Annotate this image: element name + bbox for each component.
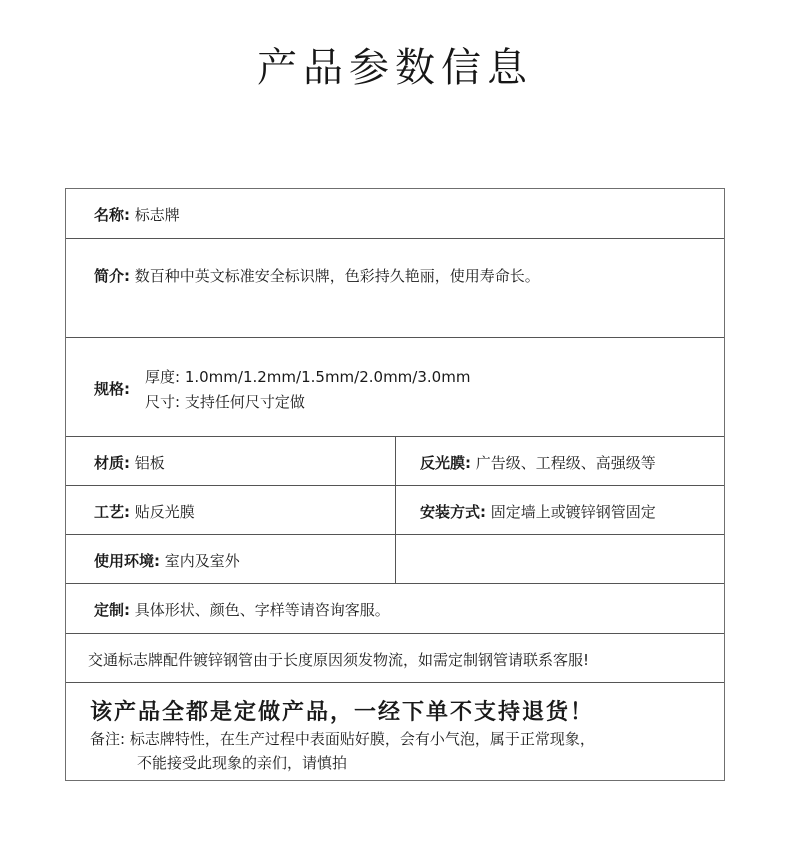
intro-value: 数百种中英文标准安全标识牌，色彩持久艳丽，使用寿命长。 — [135, 267, 540, 285]
install-label: 安装方式: — [420, 503, 486, 521]
name-value: 标志牌 — [135, 206, 180, 224]
install-value: 固定墙上或镀锌钢管固定 — [491, 503, 656, 521]
row-spec: 规格: 厚度: 1.0mm/1.2mm/1.5mm/2.0mm/3.0mm 尺寸… — [66, 338, 724, 437]
material-label: 材质: — [94, 454, 130, 472]
row-custom: 定制: 具体形状、颜色、字样等请咨询客服。 — [66, 584, 724, 634]
row-notice: 该产品全都是定做产品，一经下单不支持退货！ 备注: 标志牌特性，在生产过程中表面… — [66, 683, 724, 780]
row-shipping: 交通标志牌配件镀锌钢管由于长度原因须发物流，如需定制钢管请联系客服! — [66, 634, 724, 683]
spec-thickness: 厚度: 1.0mm/1.2mm/1.5mm/2.0mm/3.0mm — [145, 366, 470, 387]
row-intro: 简介: 数百种中英文标准安全标识牌，色彩持久艳丽，使用寿命长。 — [66, 239, 724, 338]
name-label: 名称: — [94, 206, 130, 224]
craft-label: 工艺: — [94, 503, 130, 521]
product-params-table: 名称: 标志牌 简介: 数百种中英文标准安全标识牌，色彩持久艳丽，使用寿命长。 … — [65, 188, 725, 781]
shipping-note: 交通标志牌配件镀锌钢管由于长度原因须发物流，如需定制钢管请联系客服! — [88, 649, 589, 670]
spec-size: 尺寸: 支持任何尺寸定做 — [145, 391, 305, 412]
no-return-headline: 该产品全都是定做产品，一经下单不支持退货！ — [90, 695, 594, 726]
spec-label: 规格: — [94, 378, 130, 399]
craft-cell: 工艺: 贴反光膜 — [66, 486, 396, 534]
row-name: 名称: 标志牌 — [66, 189, 724, 239]
intro-label: 简介: — [94, 267, 130, 285]
material-cell: 材质: 铝板 — [66, 437, 396, 485]
env-cell: 使用环境: 室内及室外 — [66, 535, 396, 583]
custom-value: 具体形状、颜色、字样等请咨询客服。 — [135, 601, 390, 619]
film-value: 广告级、工程级、高强级等 — [476, 454, 656, 472]
row-craft-install: 工艺: 贴反光膜 安装方式: 固定墙上或镀锌钢管固定 — [66, 486, 724, 535]
craft-value: 贴反光膜 — [135, 503, 195, 521]
row-env: 使用环境: 室内及室外 — [66, 535, 724, 584]
page-title: 产品参数信息 — [0, 36, 790, 93]
remark-line-2: 不能接受此现象的亲们，请慎拍 — [137, 752, 347, 773]
custom-label: 定制: — [94, 601, 130, 619]
remark-line-1: 备注: 标志牌特性，在生产过程中表面贴好膜，会有小气泡，属于正常现象， — [90, 728, 595, 749]
install-cell: 安装方式: 固定墙上或镀锌钢管固定 — [396, 486, 724, 534]
material-value: 铝板 — [135, 454, 165, 472]
env-value: 室内及室外 — [165, 552, 240, 570]
env-label: 使用环境: — [94, 552, 160, 570]
film-cell: 反光膜: 广告级、工程级、高强级等 — [396, 437, 724, 485]
empty-cell — [396, 535, 724, 583]
film-label: 反光膜: — [420, 454, 471, 472]
row-material-film: 材质: 铝板 反光膜: 广告级、工程级、高强级等 — [66, 437, 724, 486]
